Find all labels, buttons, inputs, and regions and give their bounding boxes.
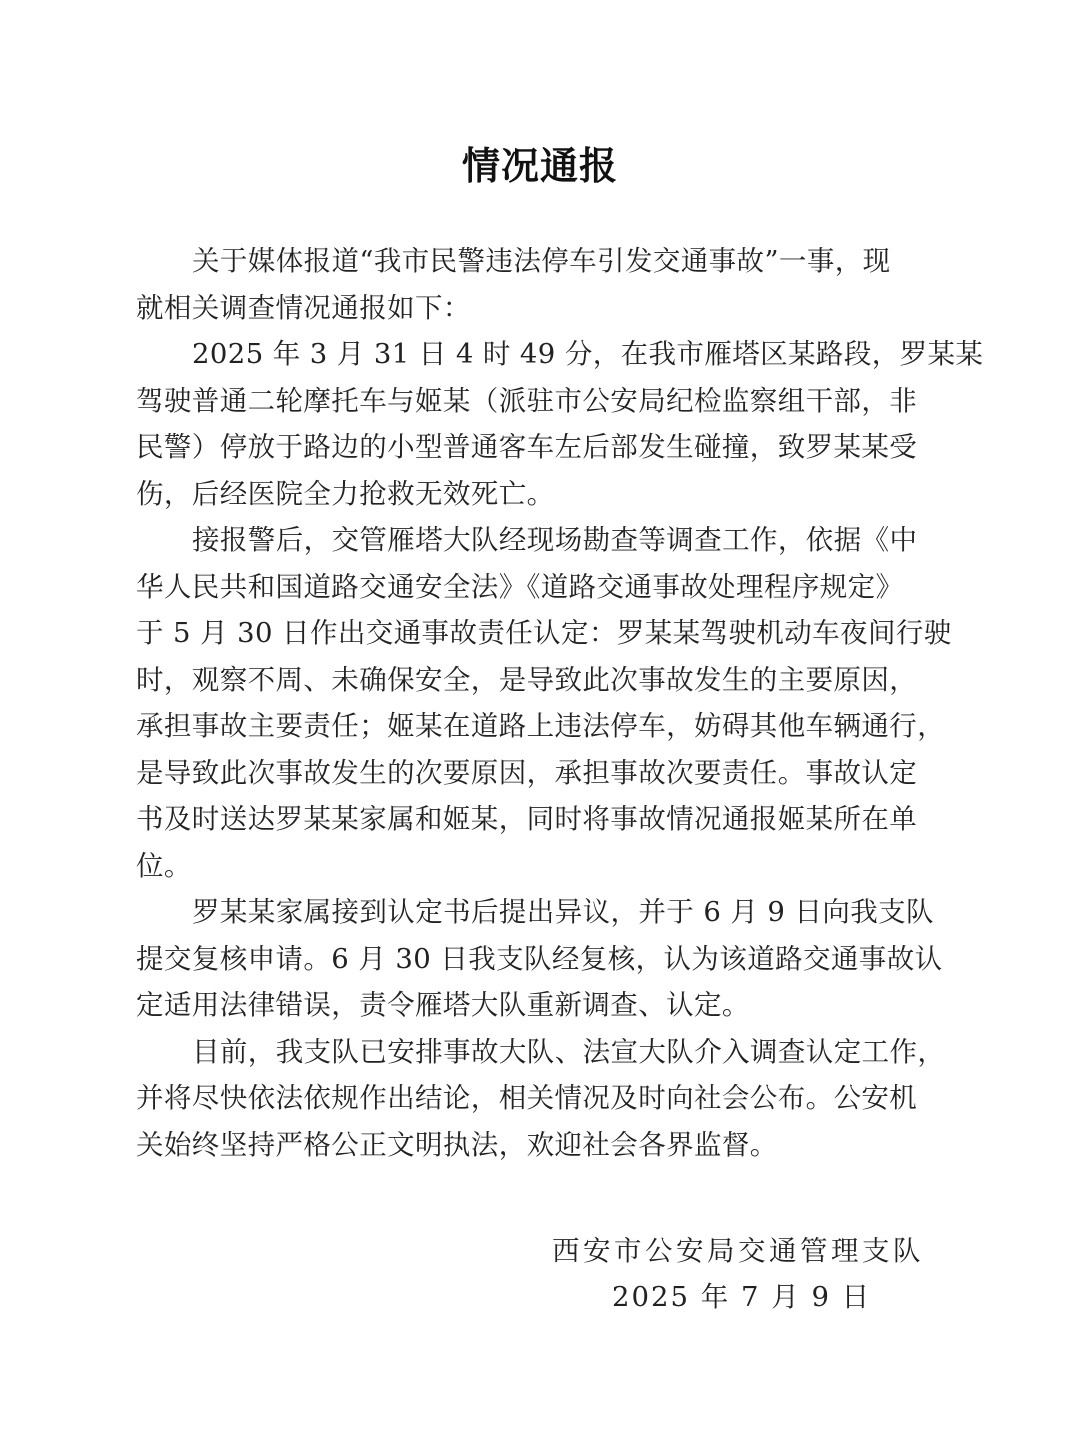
signature-block: 西安市公安局交通管理支队 2025 年 7 月 9 日 (552, 1228, 912, 1320)
issue-date: 2025 年 7 月 9 日 (552, 1274, 912, 1320)
text-line: 关于媒体报道“我市民警违法停车引发交通事故”一事，现 (136, 238, 956, 285)
document-body: 关于媒体报道“我市民警违法停车引发交通事故”一事，现 就相关调查情况通报如下： … (136, 238, 956, 1168)
text-line: 民警）停放于路边的小型普通客车左后部发生碰撞，致罗某某受 (136, 424, 956, 471)
paragraph-review: 罗某某家属接到认定书后提出异议，并于 6 月 9 日向我支队 提交复核申请。6 … (136, 889, 956, 1029)
issuing-organization: 西安市公安局交通管理支队 (552, 1228, 912, 1274)
text-line: 位。 (136, 843, 956, 890)
text-line: 是导致此次事故发生的次要原因，承担事故次要责任。事故认定 (136, 750, 956, 797)
document-page: 情况通报 关于媒体报道“我市民警违法停车引发交通事故”一事，现 就相关调查情况通… (0, 0, 1080, 1437)
text-line: 并将尽快依法依规作出结论，相关情况及时向社会公布。公安机 (136, 1075, 956, 1122)
paragraph-initial-determination: 接报警后，交管雁塔大队经现场勘查等调查工作，依据《中 华人民共和国道路交通安全法… (136, 517, 956, 889)
text-line: 提交复核申请。6 月 30 日我支队经复核，认为该道路交通事故认 (136, 936, 956, 983)
paragraph-incident: 2025 年 3 月 31 日 4 时 49 分，在我市雁塔区某路段，罗某某 驾… (136, 331, 956, 517)
text-line: 2025 年 3 月 31 日 4 时 49 分，在我市雁塔区某路段，罗某某 (136, 331, 956, 378)
text-line: 伤，后经医院全力抢救无效死亡。 (136, 471, 956, 518)
paragraph-intro: 关于媒体报道“我市民警违法停车引发交通事故”一事，现 就相关调查情况通报如下： (136, 238, 956, 331)
text-line: 定适用法律错误，责令雁塔大队重新调查、认定。 (136, 982, 956, 1029)
text-line: 华人民共和国道路交通安全法》《道路交通事故处理程序规定》 (136, 564, 956, 611)
paragraph-current-status: 目前，我支队已安排事故大队、法宣大队介入调查认定工作， 并将尽快依法依规作出结论… (136, 1029, 956, 1169)
text-line: 驾驶普通二轮摩托车与姬某（派驻市公安局纪检监察组干部，非 (136, 378, 956, 425)
text-line: 目前，我支队已安排事故大队、法宣大队介入调查认定工作， (136, 1029, 956, 1076)
text-line: 罗某某家属接到认定书后提出异议，并于 6 月 9 日向我支队 (136, 889, 956, 936)
text-line: 接报警后，交管雁塔大队经现场勘查等调查工作，依据《中 (136, 517, 956, 564)
document-title: 情况通报 (0, 138, 1080, 194)
text-line: 就相关调查情况通报如下： (136, 285, 956, 332)
text-line: 时，观察不周、未确保安全，是导致此次事故发生的主要原因， (136, 657, 956, 704)
text-line: 承担事故主要责任；姬某在道路上违法停车，妨碍其他车辆通行， (136, 703, 956, 750)
text-line: 关始终坚持严格公正文明执法，欢迎社会各界监督。 (136, 1122, 956, 1169)
text-line: 于 5 月 30 日作出交通事故责任认定：罗某某驾驶机动车夜间行驶 (136, 610, 956, 657)
text-line: 书及时送达罗某某家属和姬某，同时将事故情况通报姬某所在单 (136, 796, 956, 843)
